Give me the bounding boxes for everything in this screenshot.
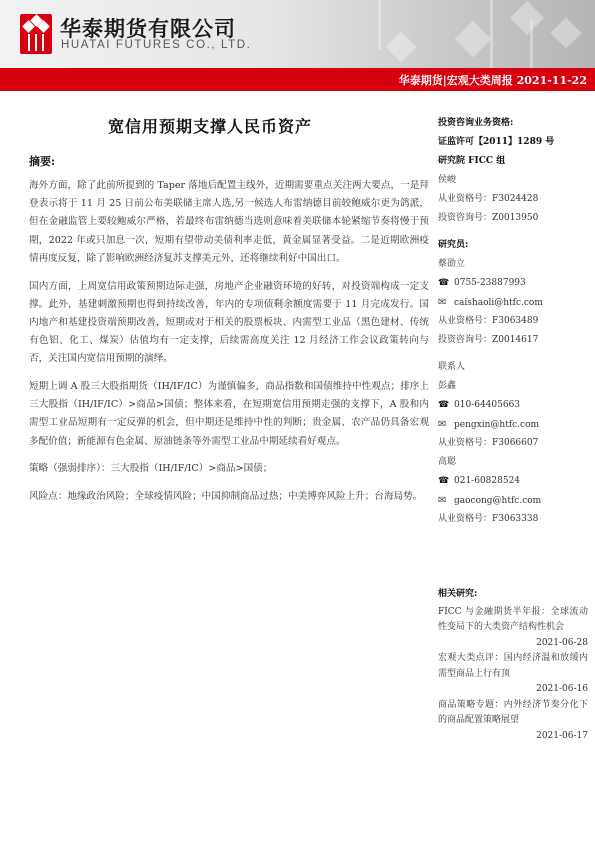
- phone-icon: ☎: [438, 472, 454, 491]
- report-header: 华泰期货有限公司 HUATAI FUTURES CO., LTD.: [0, 0, 595, 68]
- contacts-label: 联系人: [438, 358, 588, 377]
- email-icon: ✉: [438, 415, 454, 434]
- qualification-label: 投资咨询业务资格:: [438, 114, 588, 133]
- company-logo-icon: [20, 14, 52, 54]
- email-icon: ✉: [438, 293, 454, 312]
- researcher-name: 蔡劭立: [438, 255, 588, 274]
- header-decoration: [510, 1, 544, 35]
- researcher-email: ✉caishaoli@htfc.com: [438, 293, 588, 312]
- contact-practice-no: 从业资格号：F3063338: [438, 510, 588, 529]
- lead-practice-no: 从业资格号：F3024428: [438, 190, 588, 209]
- paragraph-strategy: 策略（强弱排序）：三大股指（IH/IF/IC）>商品>国债；: [29, 460, 429, 478]
- paragraph-outlook: 短期上调 A 股三大股指期货（IH/IF/IC）为谨慎偏多，商品指数和国债维持中…: [29, 378, 429, 451]
- related-item-date: 2021-06-16: [438, 682, 588, 698]
- contact-email: ✉gaocong@htfc.com: [438, 491, 588, 510]
- email-link[interactable]: pengxin@htfc.com: [454, 420, 539, 430]
- phone-number: 010-64405663: [454, 400, 520, 410]
- contact-email: ✉pengxin@htfc.com: [438, 415, 588, 434]
- contact-phone: ☎010-64405663: [438, 396, 588, 415]
- researchers-label: 研究员:: [438, 236, 588, 255]
- contact-name: 彭鑫: [438, 377, 588, 396]
- researcher-phone: ☎0755-23887993: [438, 274, 588, 293]
- paragraph-overseas: 海外方面，除了此前所提到的 Taper 落地后配置主线外，近期需要重点关注两大要…: [29, 177, 429, 268]
- researcher-practice-no: 从业资格号：F3063489: [438, 312, 588, 331]
- header-decoration: [378, 0, 381, 50]
- contact-phone: ☎021-60828524: [438, 472, 588, 491]
- phone-icon: ☎: [438, 274, 454, 293]
- research-group: 研究院 FICC 组: [438, 152, 588, 171]
- phone-icon: ☎: [438, 396, 454, 415]
- related-label: 相关研究:: [438, 587, 588, 603]
- related-item-date: 2021-06-17: [438, 729, 588, 745]
- related-item-title[interactable]: FICC 与金融期货半年报：全球流动性变局下的大类资产结构性机会: [438, 605, 588, 636]
- related-item-date: 2021-06-28: [438, 636, 588, 652]
- company-name-en: HUATAI FUTURES CO., LTD.: [61, 39, 251, 51]
- paragraph-risks: 风险点：地缘政治风险；全球疫情风险；中国抑制商品过热；中美博弈风险上升；台海局势…: [29, 488, 429, 506]
- email-icon: ✉: [438, 491, 454, 510]
- researcher-consult-no: 投资咨询号：Z0014617: [438, 331, 588, 350]
- license-number: 证监许可【2011】1289 号: [438, 133, 588, 152]
- report-title: 宽信用预期支撑人民币资产: [0, 114, 420, 137]
- banner-text: 华泰期货|宏观大类周报 2021-11-22: [399, 72, 587, 88]
- report-banner: 华泰期货|宏观大类周报 2021-11-22: [0, 68, 595, 91]
- contact-practice-no: 从业资格号：F3066607: [438, 434, 588, 453]
- related-item-title[interactable]: 宏观大类点评：国内经济温和放缓内需型商品上行有顶: [438, 651, 588, 682]
- abstract-label: 摘要:: [29, 153, 55, 169]
- author-sidebar: 投资咨询业务资格: 证监许可【2011】1289 号 研究院 FICC 组 侯峻…: [438, 114, 588, 529]
- header-decoration: [490, 0, 493, 68]
- paragraph-domestic: 国内方面，上周宽信用政策预期边际走强，房地产企业融资环境的好转，对投资端构成一定…: [29, 278, 429, 369]
- lead-name: 侯峻: [438, 171, 588, 190]
- contact-name: 高聪: [438, 453, 588, 472]
- email-link[interactable]: gaocong@htfc.com: [454, 496, 541, 506]
- lead-consult-no: 投资咨询号：Z0013950: [438, 209, 588, 228]
- header-decoration: [550, 17, 581, 48]
- email-link[interactable]: caishaoli@htfc.com: [454, 298, 543, 308]
- related-item-title[interactable]: 商品策略专题：内外经济节奏分化下的商品配置策略展望: [438, 698, 588, 729]
- abstract-body: 海外方面，除了此前所提到的 Taper 落地后配置主线外，近期需要重点关注两大要…: [29, 177, 429, 516]
- phone-number: 021-60828524: [454, 476, 520, 486]
- related-research: 相关研究: FICC 与金融期货半年报：全球流动性变局下的大类资产结构性机会 2…: [438, 587, 588, 744]
- phone-number: 0755-23887993: [454, 278, 526, 288]
- header-decoration: [385, 31, 416, 62]
- header-decoration: [455, 21, 492, 58]
